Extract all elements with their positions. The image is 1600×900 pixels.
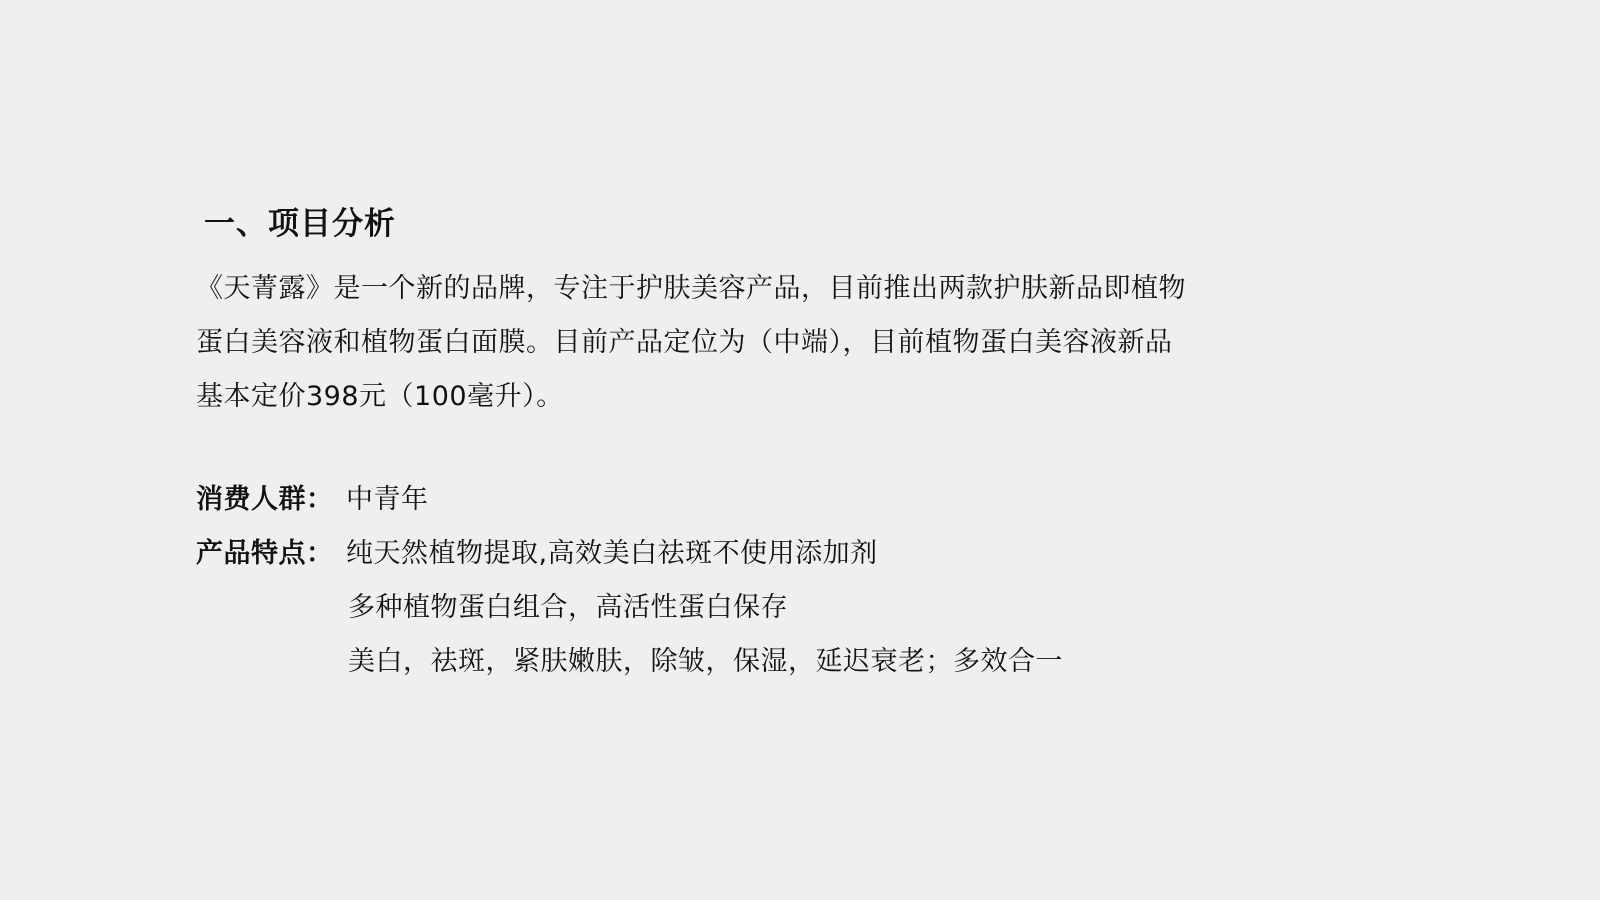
consumer-value: 中青年 xyxy=(346,484,429,515)
feature-item-1: 纯天然植物提取,高效美白祛斑不使用添加剂 xyxy=(346,538,878,569)
feature-item-2: 多种植物蛋白组合，高活性蛋白保存 xyxy=(348,588,788,628)
consumer-row: 消费人群：中青年 xyxy=(196,480,429,520)
features-row: 产品特点：纯天然植物提取,高效美白祛斑不使用添加剂 xyxy=(196,534,878,574)
slide: 一、项目分析 《天菁露》是一个新的品牌，专注于护肤美容产品，目前推出两款护肤新品… xyxy=(0,0,1600,900)
intro-paragraph: 《天菁露》是一个新的品牌，专注于护肤美容产品，目前推出两款护肤新品即植物 蛋白美… xyxy=(196,262,1296,424)
features-label: 产品特点： xyxy=(196,534,346,574)
consumer-label: 消费人群： xyxy=(196,480,346,520)
intro-line-3: 基本定价398元（100毫升）。 xyxy=(196,370,1296,424)
feature-item-3: 美白，祛斑，紧肤嫩肤，除皱，保湿，延迟衰老；多效合一 xyxy=(348,642,1063,682)
section-title: 一、项目分析 xyxy=(204,204,396,244)
intro-line-1: 《天菁露》是一个新的品牌，专注于护肤美容产品，目前推出两款护肤新品即植物 xyxy=(196,262,1296,316)
intro-line-2: 蛋白美容液和植物蛋白面膜。目前产品定位为（中端），目前植物蛋白美容液新品 xyxy=(196,316,1296,370)
